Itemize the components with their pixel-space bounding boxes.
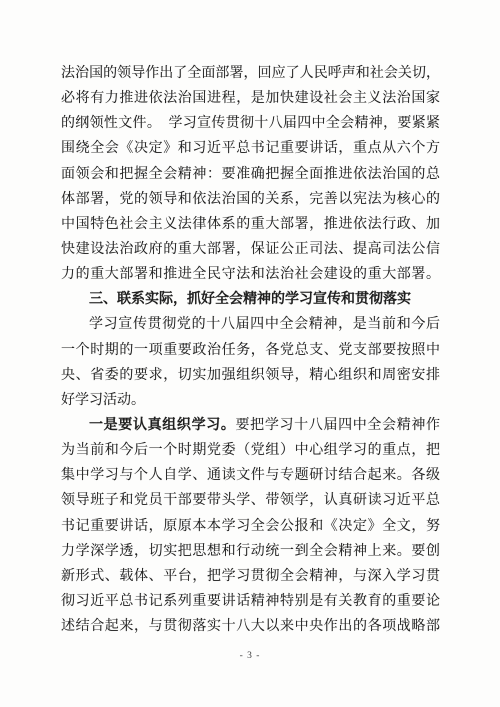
text-segment: 快建设法治政府的重大部署，保证公正司法、提高司法公信: [61, 242, 440, 257]
text-line: 一个时期的一项重要政治任务，各党总支、党支部要按照中: [61, 338, 440, 363]
text-line: 围绕全会《决定》和习近平总书记重要讲话，重点从六个方: [61, 136, 440, 161]
text-line: 领导班子和党员干部要带头学、带领学，认真研读习近平总: [61, 488, 440, 513]
text-segment: 新形式、载体、平台，把学习贯彻全会精神，与深入学习贯: [61, 569, 440, 584]
text-segment: 述结合起来，与贯彻落实十八大以来中央作出的各项战略部: [61, 619, 440, 634]
text-line: 好学习活动。: [61, 388, 440, 413]
bold-text-segment: 三、联系实际，抓好全会精神的学习宣传和贯彻落实: [89, 292, 411, 307]
text-segment: 一个时期的一项重要政治任务，各党总支、党支部要按照中: [61, 343, 440, 358]
text-line: 快建设法治政府的重大部署，保证公正司法、提高司法公信: [61, 237, 440, 262]
text-line: 必将有力推进依法治国进程，是加快建设社会主义法治国家: [61, 86, 440, 111]
text-segment: 领导班子和党员干部要带头学、带领学，认真研读习近平总: [61, 493, 440, 508]
text-segment: 央、省委的要求，切实加强组织领导，精心组织和周密安排: [61, 368, 440, 383]
text-line: 体部署，党的领导和依法治国的关系，完善以宪法为核心的: [61, 187, 440, 212]
document-page: 法治国的领导作出了全面部署，回应了人民呼声和社会关切，必将有力推进依法治国进程，…: [0, 0, 500, 707]
text-segment: 体部署，党的领导和依法治国的关系，完善以宪法为核心的: [61, 192, 440, 207]
text-segment: 要把学习十八届四中全会精神作: [236, 418, 440, 433]
text-segment: 书记重要讲话，原原本本学习全会公报和《决定》全文，努: [61, 519, 440, 534]
text-segment: 为当前和今后一个时期党委（党组）中心组学习的重点，把: [61, 443, 440, 458]
text-column: 法治国的领导作出了全面部署，回应了人民呼声和社会关切，必将有力推进依法治国进程，…: [61, 61, 440, 639]
text-segment: 围绕全会《决定》和习近平总书记重要讲话，重点从六个方: [61, 141, 440, 156]
text-line: 面领会和把握全会精神：要准确把握全面推进依法治国的总: [61, 162, 440, 187]
text-line: 央、省委的要求，切实加强组织领导，精心组织和周密安排: [61, 363, 440, 388]
text-line: 述结合起来，与贯彻落实十八大以来中央作出的各项战略部: [61, 614, 440, 639]
text-segment: 必将有力推进依法治国进程，是加快建设社会主义法治国家: [61, 91, 440, 106]
text-segment: 集中学习与个人自学、通读文件与专题研讨结合起来。各级: [61, 468, 440, 483]
text-segment: 彻习近平总书记系列重要讲话精神特别是有关教育的重要论: [61, 594, 440, 609]
page-number: - 3 -: [0, 651, 500, 661]
text-line: 集中学习与个人自学、通读文件与专题研讨结合起来。各级: [61, 463, 440, 488]
text-line: 新形式、载体、平台，把学习贯彻全会精神，与深入学习贯: [61, 564, 440, 589]
text-line: 为当前和今后一个时期党委（党组）中心组学习的重点，把: [61, 438, 440, 463]
text-segment: 中国特色社会主义法律体系的重大部署，推进依法行政、加: [61, 217, 440, 232]
text-segment: 力的重大部署和推进全民守法和法治社会建设的重大部署。: [61, 267, 440, 282]
text-line: 一是要认真组织学习。要把学习十八届四中全会精神作: [61, 413, 440, 438]
text-line: 的纲领性文件。 学习宣传贯彻十八届四中全会精神，要紧紧: [61, 111, 440, 136]
text-line: 彻习近平总书记系列重要讲话精神特别是有关教育的重要论: [61, 589, 440, 614]
text-segment: 的纲领性文件。 学习宣传贯彻十八届四中全会精神，要紧紧: [61, 116, 440, 131]
text-segment: 力学深学透，切实把思想和行动统一到全会精神上来。要创: [61, 544, 440, 559]
text-line: 力的重大部署和推进全民守法和法治社会建设的重大部署。: [61, 262, 440, 287]
text-line: 法治国的领导作出了全面部署，回应了人民呼声和社会关切，: [61, 61, 440, 86]
text-line: 力学深学透，切实把思想和行动统一到全会精神上来。要创: [61, 539, 440, 564]
text-segment: 学习宣传贯彻党的十八届四中全会精神，是当前和今后: [89, 317, 440, 332]
text-line: 学习宣传贯彻党的十八届四中全会精神，是当前和今后: [61, 312, 440, 337]
text-segment: 好学习活动。: [61, 393, 145, 408]
text-line: 书记重要讲话，原原本本学习全会公报和《决定》全文，努: [61, 514, 440, 539]
text-segment: 面领会和把握全会精神：要准确把握全面推进依法治国的总: [61, 167, 440, 182]
text-line: 中国特色社会主义法律体系的重大部署，推进依法行政、加: [61, 212, 440, 237]
text-line: 三、联系实际，抓好全会精神的学习宣传和贯彻落实: [61, 287, 440, 312]
bold-text-segment: 一是要认真组织学习。: [89, 418, 236, 433]
text-segment: 法治国的领导作出了全面部署，回应了人民呼声和社会关切，: [61, 66, 440, 81]
